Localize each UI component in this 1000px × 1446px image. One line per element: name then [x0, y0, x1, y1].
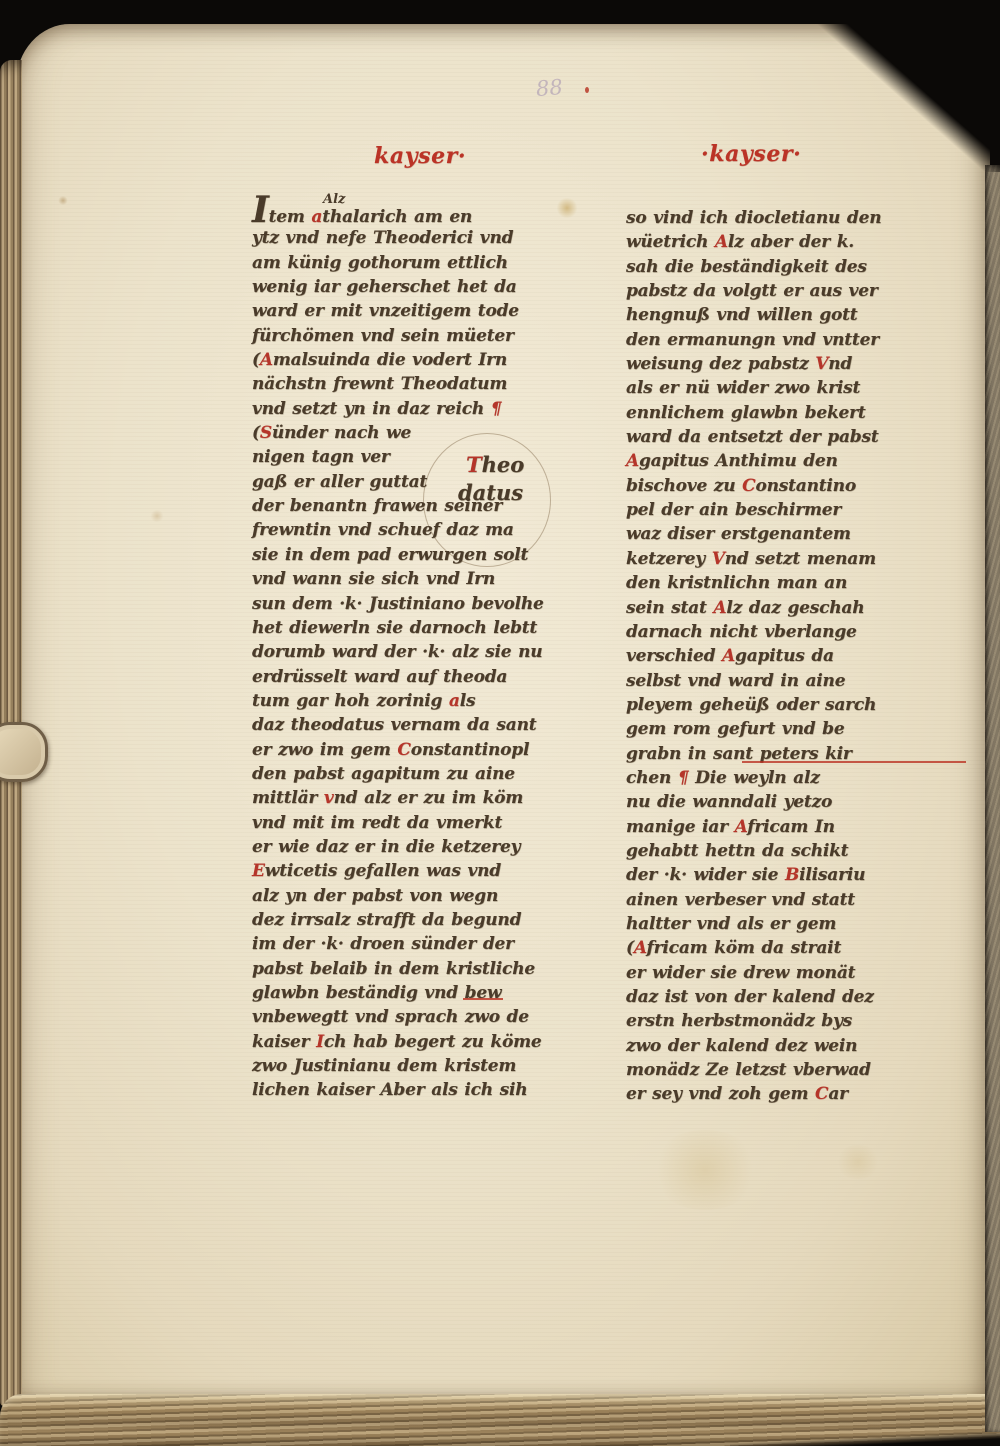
manuscript-line: frewntin vnd schuef daz ma [252, 518, 552, 542]
manuscript-line: daz theodatus vernam da sant [252, 713, 552, 737]
manuscript-line: ennlichem glawbn bekert [626, 401, 926, 425]
manuscript-line: kaiser Ich hab begert zu köme [252, 1030, 552, 1054]
black-corner-bottom-right [730, 1433, 1000, 1446]
manuscript-line: lichen kaiser Aber als ich sih [252, 1078, 552, 1102]
manuscript-line: den ermanungn vnd vntter [626, 328, 926, 352]
manuscript-line: glawbn beständig vnd bew [252, 981, 552, 1005]
manuscript-line: gaß er aller guttat [252, 470, 552, 494]
manuscript-line: er sey vnd zoh gem Car [626, 1082, 926, 1106]
manuscript-line: monädz Ze letzst vberwad [626, 1058, 926, 1082]
black-corner-top-right [805, 0, 1000, 172]
manuscript-line: darnach nicht vberlange [626, 620, 926, 644]
manuscript-line: verschied Agapitus da [626, 644, 926, 668]
manuscript-line: erstn herbstmonädz bys [626, 1009, 926, 1033]
manuscript-line: sun dem ·k· Justiniano bevolhe [252, 592, 552, 616]
manuscript-line: het diewerln sie darnoch lebtt [252, 616, 552, 640]
folio-red-dot [585, 87, 589, 93]
manuscript-line: gem rom gefurt vnd be [626, 717, 926, 741]
manuscript-line: sein stat Alz daz geschah [626, 596, 926, 620]
manuscript-line: der ·k· wider sie Bilisariu [626, 863, 926, 887]
manuscript-line: vnd wann sie sich vnd Irn [252, 567, 552, 591]
manuscript-line: vnbewegtt vnd sprach zwo de [252, 1005, 552, 1029]
manuscript-line: daz ist von der kalend dez [626, 985, 926, 1009]
manuscript-line: manige iar Africam In [626, 815, 926, 839]
manuscript-line: selbst vnd ward in aine [626, 669, 926, 693]
manuscript-photo: { "photo": { "running_title_left": "kays… [0, 0, 1000, 1446]
manuscript-line: ketzerey Vnd setzt menam [626, 547, 926, 571]
manuscript-line: hengnuß vnd willen gott [626, 303, 926, 327]
manuscript-line: ainen verbeser vnd statt [626, 888, 926, 912]
manuscript-line: bischove zu Constantino [626, 474, 926, 498]
stain [835, 1145, 881, 1179]
manuscript-line: wenig iar geherschet het da [252, 275, 552, 299]
manuscript-line: nigen tagn ver [252, 445, 552, 469]
manuscript-line: dorumb ward der ·k· alz sie nu [252, 640, 552, 664]
manuscript-line: als er nü wider zwo krist [626, 376, 926, 400]
manuscript-line: waz diser erstgenantem [626, 522, 926, 546]
manuscript-line: weisung dez pabstz Vnd [626, 352, 926, 376]
manuscript-line: wüetrich Alz aber der k. [626, 230, 926, 254]
manuscript-line: (Africam köm da strait [626, 936, 926, 960]
manuscript-line: zwo Justinianu dem kristem [252, 1054, 552, 1078]
manuscript-line: am künig gothorum ettlich [252, 251, 552, 275]
stain [58, 196, 68, 205]
manuscript-line: zwo der kalend dez wein [626, 1034, 926, 1058]
manuscript-line: nu die wanndali yetzo [626, 790, 926, 814]
manuscript-line: gehabtt hettn da schikt [626, 839, 926, 863]
manuscript-line: den kristnlichn man an [626, 571, 926, 595]
manuscript-line: ward da entsetzt der pabst [626, 425, 926, 449]
manuscript-line: (Amalsuinda die vodert Irn [252, 348, 552, 372]
manuscript-line: vnd mit im redt da vmerkt [252, 811, 552, 835]
folio-mark: 88 [535, 75, 564, 101]
manuscript-line: pabst belaib in dem kristliche [252, 957, 552, 981]
manuscript-line: alz yn der pabst von wegn [252, 884, 552, 908]
stain [650, 1130, 760, 1210]
text-column-left: Item athalarich am enytz vnd nefe Theode… [252, 202, 552, 1103]
manuscript-line: im der ·k· droen sünder der [252, 932, 552, 956]
manuscript-line: er wider sie drew monät [626, 961, 926, 985]
running-title-left: kayser· [374, 143, 466, 169]
manuscript-line: er zwo im gem Constantinopl [252, 738, 552, 762]
manuscript-line: pel der ain beschirmer [626, 498, 926, 522]
manuscript-line: der benantn frawen seiner [252, 494, 552, 518]
manuscript-line: Item athalarich am en [252, 202, 552, 226]
manuscript-line: mittlär vnd alz er zu im köm [252, 786, 552, 810]
manuscript-line: sah die beständigkeit des [626, 255, 926, 279]
manuscript-line: so vind ich diocletianu den [626, 206, 926, 230]
running-title-right: ·kayser· [701, 141, 801, 167]
manuscript-line: chen ¶ Die weyln alz [626, 766, 926, 790]
manuscript-line: Ewticetis gefallen was vnd [252, 859, 552, 883]
text-column-right: so vind ich diocletianu denwüetrich Alz … [626, 206, 926, 1107]
manuscript-line: ward er mit vnzeitigem tode [252, 299, 552, 323]
manuscript-line: sie in dem pad erwurgen solt [252, 543, 552, 567]
manuscript-line: ytz vnd nefe Theoderici vnd [252, 226, 552, 250]
manuscript-line: Agapitus Anthimu den [626, 449, 926, 473]
manuscript-line: tum gar hoh zorinig als [252, 689, 552, 713]
manuscript-line: er wie daz er in die ketzerey [252, 835, 552, 859]
stain [556, 198, 578, 218]
manuscript-line: (Sünder nach we [252, 421, 552, 445]
stain [150, 510, 164, 522]
metal-clip [0, 722, 48, 782]
manuscript-line: nächstn frewnt Theodatum [252, 372, 552, 396]
manuscript-line: pabstz da volgtt er aus ver [626, 279, 926, 303]
fore-edge-strip [985, 165, 1000, 1432]
manuscript-line: haltter vnd als er gem [626, 912, 926, 936]
manuscript-line: pleyem geheüß oder sarch [626, 693, 926, 717]
manuscript-line: den pabst agapitum zu aine [252, 762, 552, 786]
manuscript-line: grabn in sant peters kir [626, 742, 926, 766]
manuscript-line: dez irrsalz strafft da begund [252, 908, 552, 932]
manuscript-line: vnd setzt yn in daz reich ¶ [252, 397, 552, 421]
manuscript-line: fürchömen vnd sein müeter [252, 324, 552, 348]
manuscript-line: erdrüsselt ward auf theoda [252, 665, 552, 689]
